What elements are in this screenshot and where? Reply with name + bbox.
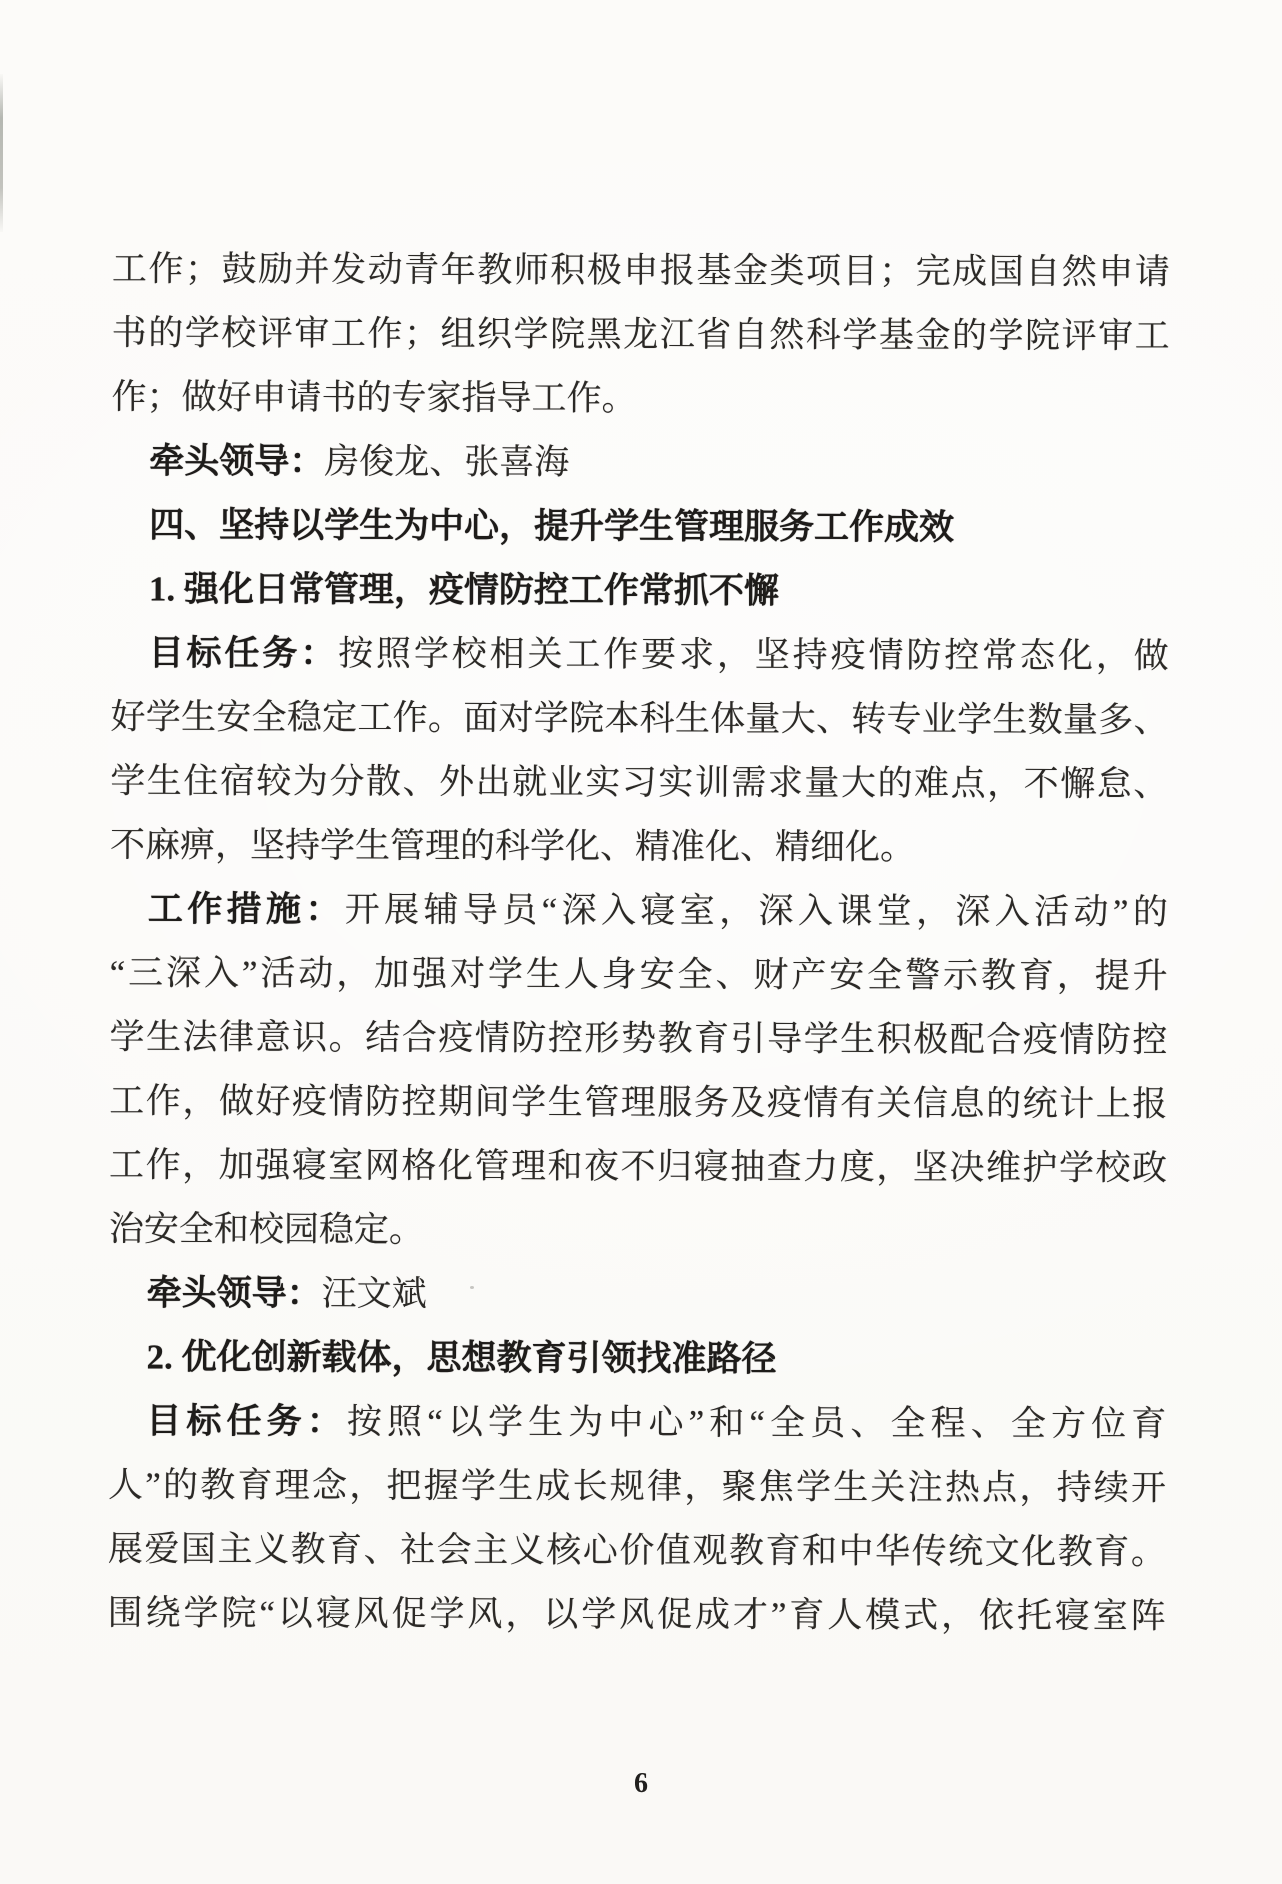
text-segment: 1. 强化日常管理，疫情防控工作常抓不懈 [149, 569, 779, 610]
text-line: 不麻痹，坚持学生管理的科学化、精准化、精细化。 [110, 813, 1168, 880]
text-segment: “三深入”活动，加强对学生人身安全、财产安全警示教育，提升 [110, 953, 1168, 995]
page-number: 6 [0, 1768, 1282, 1808]
text-segment: 人”的教育理念，把握学生成长规律，聚焦学生关注热点，持续开 [108, 1465, 1166, 1507]
text-segment: 目标任务： [146, 1401, 347, 1441]
text-segment: 工作，做好疫情防控期间学生管理服务及疫情有关信息的统计上报 [109, 1081, 1167, 1123]
text-line: 2. 优化创新载体，思想教育引领找准路径 [108, 1325, 1166, 1392]
text-line: 四、坚持以学生为中心，提升学生管理服务工作成效 [111, 493, 1169, 560]
text-line: 人”的教育理念，把握学生成长规律，聚焦学生关注热点，持续开 [108, 1453, 1166, 1520]
text-segment: 书的学校评审工作；组织学院黑龙江省自然科学基金的学院评审工 [112, 313, 1170, 355]
text-line: 书的学校评审工作；组织学院黑龙江省自然科学基金的学院评审工 [112, 301, 1170, 368]
scan-edge-artifact [0, 74, 3, 232]
text-line: 牵头领导：房俊龙、张喜海 [111, 429, 1169, 496]
text-segment: 围绕学院“以寝风促学风，以学风促成才”育人模式，依托寝室阵 [108, 1593, 1166, 1635]
text-segment: 牵头领导： [149, 441, 324, 481]
text-line: 治安全和校园稳定。 [109, 1197, 1167, 1264]
text-segment: 工作措施： [148, 889, 345, 929]
document-page: 工作；鼓励并发动青年教师积极申报基金类项目；完成国自然申请书的学校评审工作；组织… [0, 0, 1282, 1884]
text-line: 工作措施：开展辅导员“深入寝室，深入课堂，深入活动”的 [110, 877, 1168, 944]
text-segment: 展爱国主义教育、社会主义核心价值观教育和中华传统文化教育。 [108, 1529, 1166, 1571]
text-line: 围绕学院“以寝风促学风，以学风促成才”育人模式，依托寝室阵 [108, 1581, 1166, 1648]
text-line: 目标任务：按照“以学生为中心”和“全员、全程、全方位育 [108, 1389, 1166, 1456]
text-line: 目标任务：按照学校相关工作要求，坚持疫情防控常态化，做 [111, 621, 1169, 688]
text-segment: 按照学校相关工作要求，坚持疫情防控常态化，做 [338, 634, 1169, 676]
text-line: 工作；鼓励并发动青年教师积极申报基金类项目；完成国自然申请 [112, 237, 1170, 304]
text-line: 工作，加强寝室网格化管理和夜不归寝抽查力度，坚决维护学校政 [109, 1133, 1167, 1200]
text-block: 工作；鼓励并发动青年教师积极申报基金类项目；完成国自然申请书的学校评审工作；组织… [108, 237, 1170, 1648]
text-segment: 房俊龙、张喜海 [324, 442, 569, 482]
text-segment: 四、坚持以学生为中心，提升学生管理服务工作成效 [149, 505, 954, 547]
text-line: 1. 强化日常管理，疫情防控工作常抓不懈 [111, 557, 1169, 624]
text-segment: 治安全和校园稳定。 [109, 1209, 424, 1249]
text-line: 好学生安全稳定工作。面对学院本科生体量大、转专业学生数量多、 [110, 685, 1168, 752]
text-segment: 学生法律意识。结合疫情防控形势教育引导学生积极配合疫情防控 [109, 1017, 1167, 1059]
text-segment: 工作；鼓励并发动青年教师积极申报基金类项目；完成国自然申请 [112, 249, 1170, 291]
text-segment: 好学生安全稳定工作。面对学院本科生体量大、转专业学生数量多、 [110, 697, 1168, 739]
text-segment: 汪文斌 [322, 1274, 427, 1313]
text-line: 学生法律意识。结合疫情防控形势教育引导学生积极配合疫情防控 [109, 1005, 1167, 1072]
text-segment: 目标任务： [149, 633, 339, 673]
text-line: 作；做好申请书的专家指导工作。 [111, 365, 1169, 432]
text-line: “三深入”活动，加强对学生人身安全、财产安全警示教育，提升 [110, 941, 1168, 1008]
text-segment: 按照“以学生为中心”和“全员、全程、全方位育 [347, 1402, 1166, 1444]
text-segment: 开展辅导员“深入寝室，深入课堂，深入活动”的 [345, 890, 1168, 932]
text-line: 工作，做好疫情防控期间学生管理服务及疫情有关信息的统计上报 [109, 1069, 1167, 1136]
text-segment: 牵头领导： [147, 1273, 322, 1313]
text-segment: 2. 优化创新载体，思想教育引领找准路径 [146, 1337, 776, 1378]
text-line: 展爱国主义教育、社会主义核心价值观教育和中华传统文化教育。 [108, 1517, 1166, 1584]
text-segment: 学生住宿较为分散、外出就业实习实训需求量大的难点，不懈怠、 [110, 761, 1168, 803]
text-segment: 不麻痹，坚持学生管理的科学化、精准化、精细化。 [110, 825, 915, 867]
text-line: 学生住宿较为分散、外出就业实习实训需求量大的难点，不懈怠、 [110, 749, 1168, 816]
text-segment: 作；做好申请书的专家指导工作。 [111, 377, 636, 418]
text-segment: 工作，加强寝室网格化管理和夜不归寝抽查力度，坚决维护学校政 [109, 1145, 1167, 1187]
text-line: 牵头领导：汪文斌 [109, 1261, 1167, 1328]
